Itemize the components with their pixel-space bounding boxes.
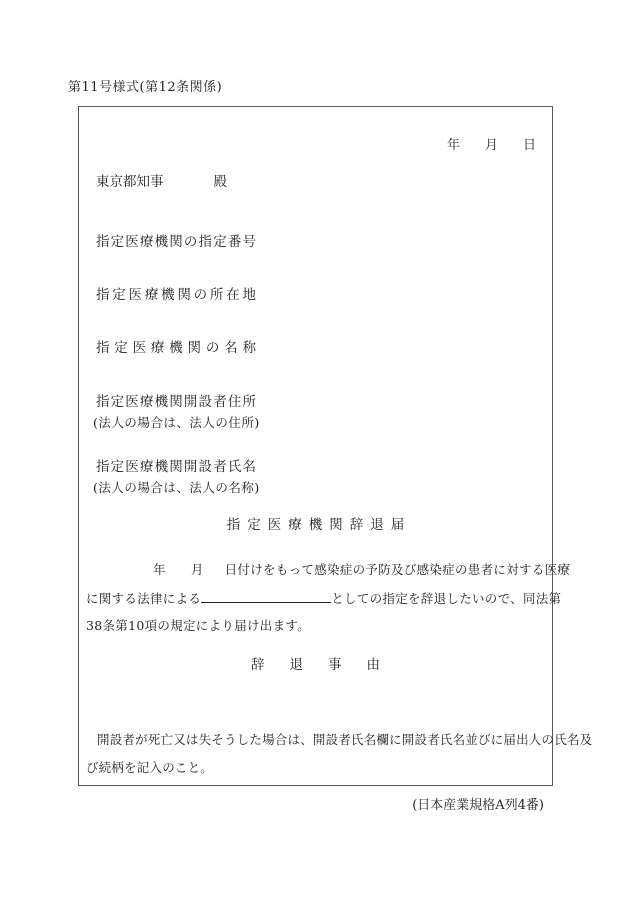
body-paragraph-line1: 年月日付けをもって感染症の予防及び感染症の患者に対する医療 xyxy=(153,560,570,578)
date-placeholder-line: 年 月 日 xyxy=(447,134,536,153)
paper-size-note: (日本産業規格A列4番) xyxy=(412,794,544,813)
field-label: 指定医療機関開設者氏名 xyxy=(96,455,256,475)
field-designation-number: 指定医療機関の指定番号 xyxy=(96,230,256,250)
body-paragraph-line3: 38条第10項の規定により届け出ます。 xyxy=(86,616,310,634)
resignation-reason-heading: 辞退事由 xyxy=(79,653,552,673)
field-location: 指定医療機関の所在地 xyxy=(96,283,256,303)
field-founder-name: 指定医療機関開設者氏名 (法人の場合は、法人の名称) xyxy=(96,455,260,496)
addressee-honorific: 殿 xyxy=(214,174,228,190)
field-label: 指定医療機関開設者住所 xyxy=(96,390,256,410)
form-page: 第11号様式(第12条関係) 年 月 日 東京都知事殿 指定医療機関の指定番号 … xyxy=(0,0,630,903)
field-label: 指定医療機関の名称 xyxy=(96,336,256,356)
body-year-label: 年 xyxy=(153,562,166,577)
form-number-label: 第11号様式(第12条関係) xyxy=(68,76,222,95)
note-line2: び続柄を記入のこと。 xyxy=(86,758,213,776)
form-border-box: 年 月 日 東京都知事殿 指定医療機関の指定番号 指定医療機関の所在地 指定医療… xyxy=(78,106,553,786)
form-title: 指定医療機関辞退届 xyxy=(79,513,552,533)
body-line2-after: としての指定を辞退したいので、同法第 xyxy=(331,591,561,606)
date-month-label: 月 xyxy=(485,134,498,153)
addressee-name: 東京都知事 xyxy=(96,174,164,190)
blank-fill-in-underline xyxy=(201,588,331,603)
field-institution-name: 指定医療機関の名称 xyxy=(96,336,256,356)
addressee-line: 東京都知事殿 xyxy=(96,170,227,190)
field-label: 指定医療機関の指定番号 xyxy=(96,230,256,250)
body-line2-before: に関する法律による xyxy=(86,591,201,606)
field-sublabel: (法人の場合は、法人の住所) xyxy=(93,413,260,431)
field-founder-address: 指定医療機関開設者住所 (法人の場合は、法人の住所) xyxy=(96,390,260,431)
date-year-label: 年 xyxy=(447,134,460,153)
date-day-label: 日 xyxy=(523,134,536,153)
body-month-label: 月 xyxy=(191,562,204,577)
body-line1-text: 日付けをもって感染症の予防及び感染症の患者に対する医療 xyxy=(225,562,571,577)
body-paragraph-line2: に関する法律によるとしての指定を辞退したいので、同法第 xyxy=(86,588,561,607)
note-line1: 開設者が死亡又は失そうした場合は、開設者氏名欄に開設者氏名並びに届出人の氏名及 xyxy=(97,730,592,748)
field-label: 指定医療機関の所在地 xyxy=(96,283,256,303)
field-sublabel: (法人の場合は、法人の名称) xyxy=(93,478,260,496)
